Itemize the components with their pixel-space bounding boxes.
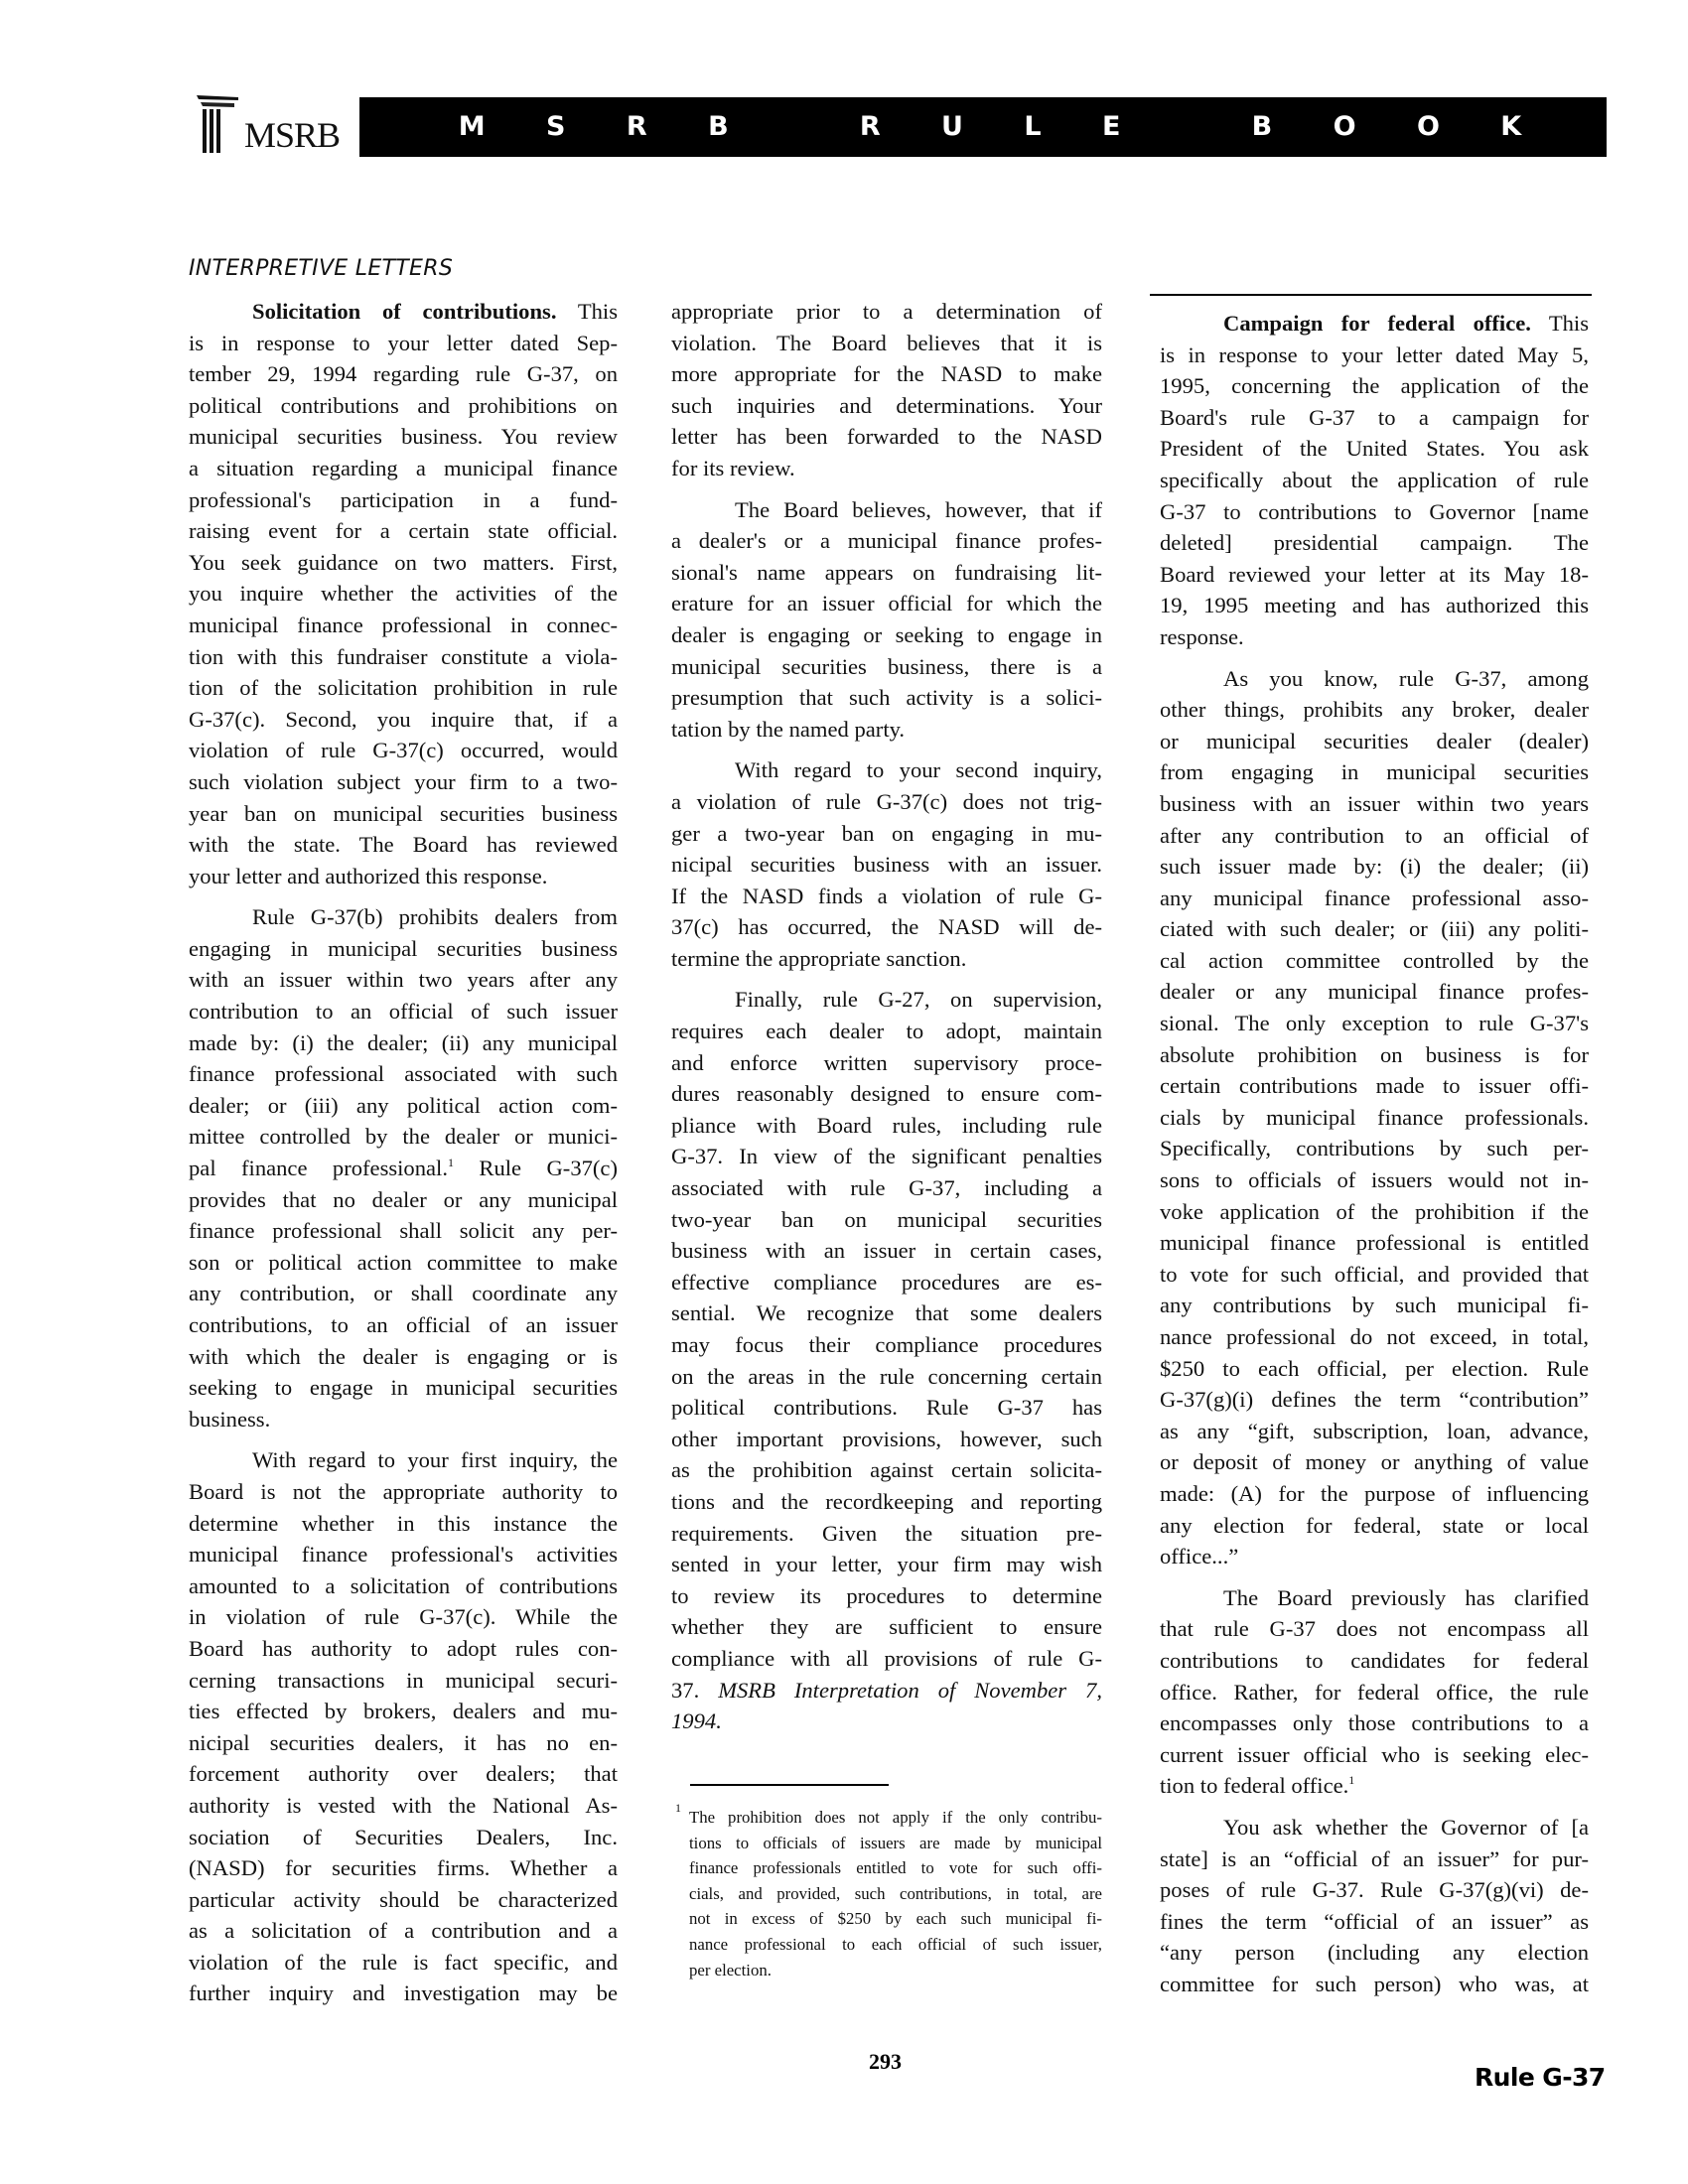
paragraph: Solicitation of contributions. This is i… (189, 296, 618, 891)
footnote-ref[interactable]: 1 (1348, 1773, 1354, 1787)
paragraph: Rule G-37(b) prohibits dealers from enga… (189, 901, 618, 1434)
paragraph: The Board previously has clarified that … (1160, 1582, 1589, 1802)
paragraph-heading: Solicitation of contributions. (252, 299, 556, 324)
paragraph: The Board believes, however, that if a d… (671, 494, 1102, 746)
page-number: 293 (869, 2049, 902, 2075)
header-bar: M S R B R U L E B O O K (359, 97, 1607, 157)
paragraph: With regard to your first inquiry, the B… (189, 1444, 618, 2009)
paragraph: Finally, rule G-27, on supervision, requ… (671, 984, 1102, 1736)
msrb-logo: MSRB (195, 93, 344, 157)
paragraph: With regard to your second inquiry, a vi… (671, 754, 1102, 974)
interpretation-citation-year: 1994. (671, 1706, 1102, 1737)
column-pillar-icon (195, 93, 244, 157)
footnote-number: 1 (675, 1801, 681, 1816)
column-3-top-rule (1150, 294, 1592, 296)
paragraph: As you know, rule G-37, among other thin… (1160, 663, 1589, 1572)
paragraph: Campaign for federal office. This is in … (1160, 308, 1589, 653)
paragraph: appropriate prior to a determination of … (671, 296, 1102, 484)
logo-text: MSRB (244, 115, 340, 155)
section-title: INTERPRETIVE LETTERS (189, 256, 453, 281)
column-3: Campaign for federal office. This is in … (1160, 308, 1589, 2009)
footnote: 1 The prohibition does not apply if the … (675, 1805, 1102, 1982)
interpretation-citation: MSRB Interpretation of November 7, (718, 1678, 1102, 1703)
column-1: Solicitation of contributions. This is i… (189, 296, 618, 2019)
rulebook-title: M S R B R U L E B O O K (359, 109, 1607, 145)
footnote-separator (690, 1784, 889, 1786)
column-2: appropriate prior to a determination of … (671, 296, 1102, 1747)
rule-label: Rule G-37 (1475, 2063, 1606, 2092)
paragraph-heading: Campaign for federal office. (1223, 311, 1531, 336)
paragraph: You ask whether the Governor of [a state… (1160, 1812, 1589, 2000)
